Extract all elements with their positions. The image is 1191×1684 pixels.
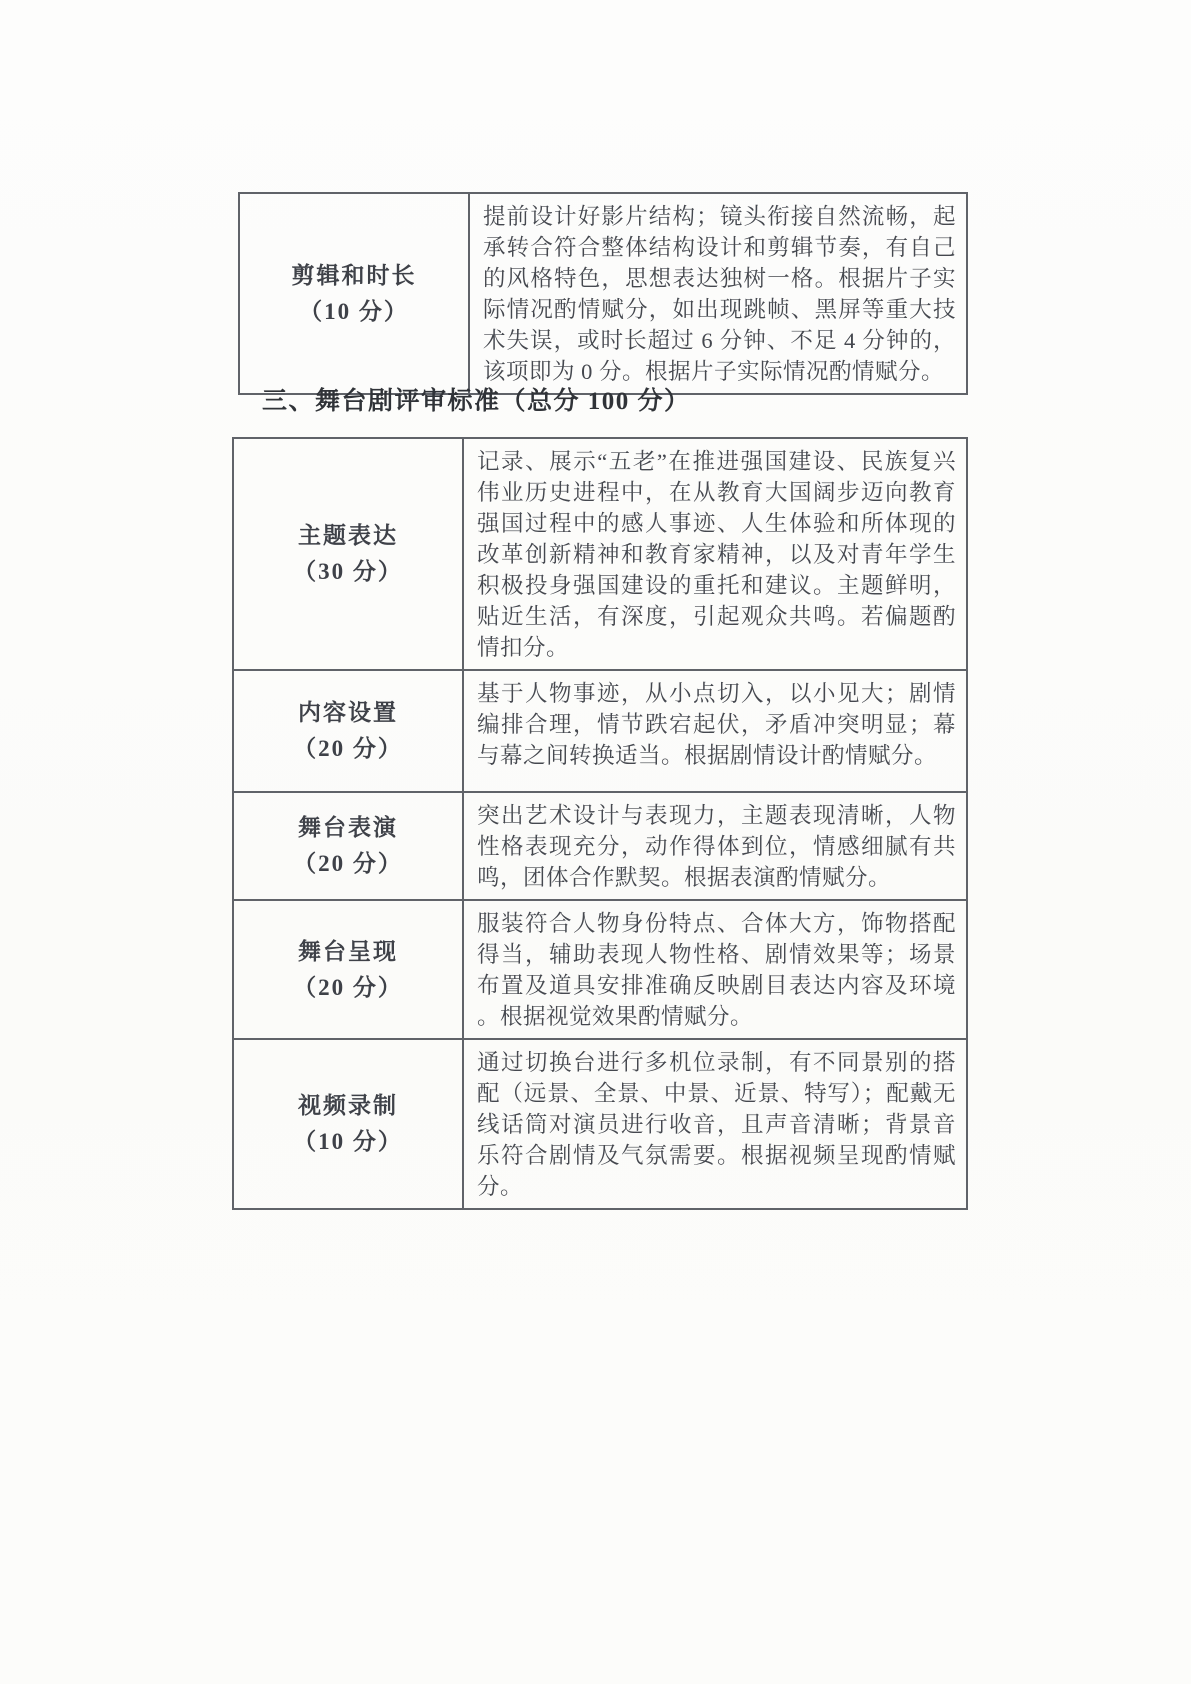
- video-rubric-table: 剪辑和时长 （10 分） 提前设计好影片结构；镜头衔接自然流畅，起承转合符合整体…: [238, 192, 968, 395]
- criterion-label: 内容设置 （20 分）: [234, 671, 464, 791]
- criterion-name: 舞台呈现: [298, 934, 398, 970]
- criterion-description: 通过切换台进行多机位录制，有不同景别的搭配（远景、全景、中景、近景、特写）；配戴…: [464, 1040, 966, 1208]
- scanned-document-page: 剪辑和时长 （10 分） 提前设计好影片结构；镜头衔接自然流畅，起承转合符合整体…: [0, 0, 1191, 1684]
- criterion-score: （20 分）: [293, 731, 403, 767]
- table-row-content-design: 内容设置 （20 分） 基于人物事迹，从小点切入，以小见大；剧情编排合理，情节跌…: [234, 669, 966, 791]
- criterion-description: 提前设计好影片结构；镜头衔接自然流畅，起承转合符合整体结构设计和剪辑节奏，有自己…: [470, 194, 966, 393]
- table-row-video-recording: 视频录制 （10 分） 通过切换台进行多机位录制，有不同景别的搭配（远景、全景、…: [234, 1038, 966, 1208]
- table-row-theme-expression: 主题表达 （30 分） 记录、展示“五老”在推进强国建设、民族复兴伟业历史进程中…: [234, 439, 966, 669]
- criterion-name: 内容设置: [298, 695, 398, 731]
- criterion-label: 视频录制 （10 分）: [234, 1040, 464, 1208]
- criterion-score: （20 分）: [293, 970, 403, 1006]
- criterion-name: 主题表达: [298, 518, 398, 554]
- table-row-stage-presentation: 舞台呈现 （20 分） 服装符合人物身份特点、合体大方，饰物搭配得当，辅助表现人…: [234, 899, 966, 1038]
- criterion-name: 舞台表演: [298, 810, 398, 846]
- criterion-score: （20 分）: [293, 846, 403, 882]
- stage-play-rubric-table: 主题表达 （30 分） 记录、展示“五老”在推进强国建设、民族复兴伟业历史进程中…: [232, 437, 968, 1210]
- criterion-score: （10 分）: [293, 1124, 403, 1160]
- section-heading: 三、舞台剧评审标准（总分 100 分）: [262, 381, 691, 417]
- criterion-score: （10 分）: [299, 294, 409, 330]
- criterion-label: 剪辑和时长 （10 分）: [240, 194, 470, 393]
- criterion-label: 舞台呈现 （20 分）: [234, 901, 464, 1038]
- criterion-description: 记录、展示“五老”在推进强国建设、民族复兴伟业历史进程中，在从教育大国阔步迈向教…: [464, 439, 966, 669]
- table-row-editing-duration: 剪辑和时长 （10 分） 提前设计好影片结构；镜头衔接自然流畅，起承转合符合整体…: [240, 194, 966, 393]
- criterion-label: 舞台表演 （20 分）: [234, 793, 464, 899]
- table-row-stage-performance: 舞台表演 （20 分） 突出艺术设计与表现力，主题表现清晰，人物性格表现充分，动…: [234, 791, 966, 899]
- criterion-description: 服装符合人物身份特点、合体大方，饰物搭配得当，辅助表现人物性格、剧情效果等；场景…: [464, 901, 966, 1038]
- criterion-score: （30 分）: [293, 554, 403, 590]
- criterion-name: 视频录制: [298, 1088, 398, 1124]
- criterion-name: 剪辑和时长: [292, 258, 417, 294]
- criterion-description: 突出艺术设计与表现力，主题表现清晰，人物性格表现充分，动作得体到位，情感细腻有共…: [464, 793, 966, 899]
- criterion-description: 基于人物事迹，从小点切入，以小见大；剧情编排合理，情节跌宕起伏，矛盾冲突明显；幕…: [464, 671, 966, 791]
- criterion-label: 主题表达 （30 分）: [234, 439, 464, 669]
